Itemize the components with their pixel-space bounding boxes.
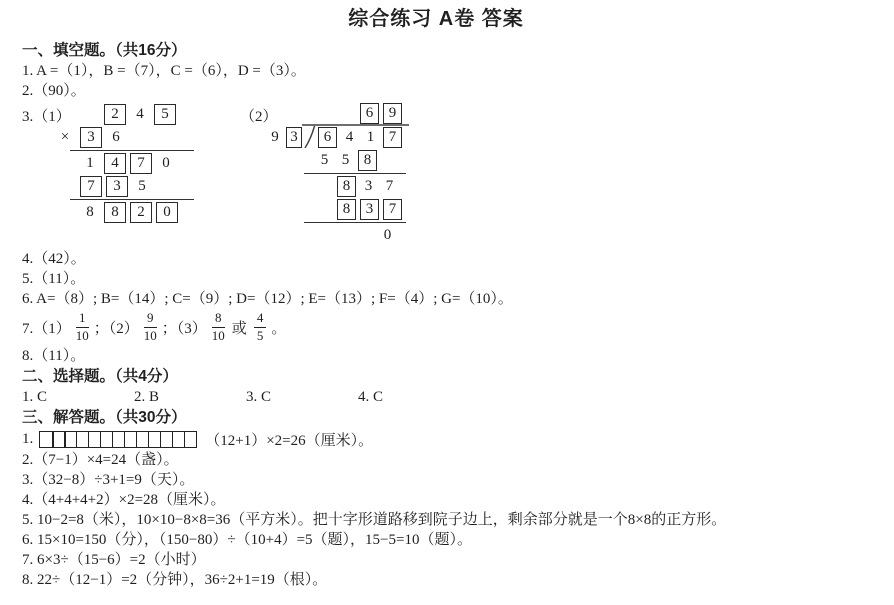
- div-digit: 6: [360, 103, 379, 124]
- s1-q5-answer: 5.（11）。: [22, 269, 880, 289]
- s3-q3-answer: 3.（32−8）÷3+1=9（天）。: [22, 470, 880, 490]
- s1-q7-answer: 7.（1） 110 ；（2） 910 ；（3） 810 或 45 。: [22, 309, 880, 346]
- mult-digit: 4: [130, 105, 150, 124]
- strip-cell: [160, 432, 172, 447]
- div-rule-2: [304, 222, 406, 223]
- paper-strip-diagram: [39, 431, 197, 448]
- long-multiplication-worksheet: 2 4 5 × 3 6 1 4 7 0 7 3 5 8 8 2 0: [52, 104, 194, 225]
- mult-digit: 5: [154, 104, 176, 125]
- div-digit: 8: [358, 150, 377, 171]
- s1-q6-answer: 6. A=（8）; B=（14）; C=（9）; D=（12）; E=（13）;…: [22, 289, 880, 309]
- fraction-denominator: 10: [144, 328, 157, 344]
- division-vinculum: [302, 124, 409, 126]
- mult-digit: 2: [130, 202, 152, 223]
- mult-digit: 5: [132, 177, 152, 196]
- div-digit: 8: [337, 176, 356, 197]
- s1-q2-answer: 2.（90）。: [22, 81, 880, 101]
- div-divisor-digit: 3: [286, 127, 302, 148]
- s3-q1-number: 1.: [22, 431, 33, 448]
- fraction-numerator: 8: [212, 311, 225, 328]
- s3-q7-answer: 7. 6×3÷（15−6）=2（小时）: [22, 550, 880, 570]
- q7-prefix: 7.（1）: [22, 317, 71, 338]
- s2-answer-1: 1. C: [22, 387, 134, 407]
- s2-choice-answers: 1. C 2. B 3. C 4. C: [22, 387, 880, 407]
- answer-sheet-document: { "colors": { "ink": "#1f1f1f", "paper":…: [0, 0, 894, 605]
- div-digit: 7: [383, 199, 402, 220]
- div-subtract-row-2: 8 3 7: [266, 199, 406, 220]
- strip-cell: [100, 432, 112, 447]
- strip-cell: [64, 432, 76, 447]
- mult-digit: 3: [106, 176, 128, 197]
- fraction-1-10: 110: [76, 311, 89, 344]
- page-title: 综合练习 A卷 答案: [22, 6, 850, 32]
- div-divisor-digit: 9: [268, 128, 282, 147]
- mult-digit: 7: [80, 176, 102, 197]
- or-word: 或: [232, 317, 247, 338]
- div-dividend-digit: 6: [318, 127, 337, 148]
- mult-digit: 2: [104, 104, 126, 125]
- strip-cell: [52, 432, 64, 447]
- s3-q1-equation: （12+1）×2=26（厘米）。: [205, 429, 373, 450]
- mult-digit: 8: [104, 202, 126, 223]
- mult-rule-2: [70, 199, 194, 200]
- strip-cell: [76, 432, 88, 447]
- s1-q3-worksheets: 3.（1） 2 4 5 × 3 6 1 4 7 0 7 3 5 8 8 2 0: [22, 103, 880, 249]
- mult-digit: 8: [80, 203, 100, 222]
- mult-partial-product-1-row: 1 4 7 0: [52, 153, 194, 174]
- fraction-denominator: 10: [212, 328, 225, 344]
- multiply-sign: ×: [52, 129, 78, 146]
- s3-q2-answer: 2.（7−1）×4=24（盏）。: [22, 450, 880, 470]
- fraction-8-10: 810: [212, 311, 225, 344]
- fraction-denominator: 10: [76, 328, 89, 344]
- div-digit: 7: [381, 177, 398, 196]
- div-digit: 3: [360, 177, 377, 196]
- mult-digit: 0: [156, 154, 176, 173]
- div-subtract-row-1: 5 5 8: [266, 150, 406, 171]
- div-digit: 8: [337, 199, 356, 220]
- div-dividend-digit: 4: [341, 128, 358, 147]
- mult-multiplicand-row: 2 4 5: [52, 104, 194, 125]
- strip-cell: [40, 432, 52, 447]
- strip-cell: [148, 432, 160, 447]
- div-remainder-row: 0: [266, 225, 406, 246]
- div-digit: 5: [316, 151, 333, 170]
- div-divisor-dividend-row: 9 3 6 4 1 7: [266, 126, 406, 148]
- fraction-numerator: 9: [144, 311, 157, 328]
- mult-digit: 0: [156, 202, 178, 223]
- s3-q1-answer: 1. （12+1）×2=26（厘米）。: [22, 428, 880, 450]
- div-bring-down-row: 8 3 7: [266, 176, 406, 197]
- q7-period: 。: [271, 317, 286, 338]
- strip-cell: [172, 432, 184, 447]
- long-division-worksheet: 6 9 9 3 6 4 1 7 5 5 8 8 3 7 8 3 7: [266, 103, 406, 248]
- section1-heading: 一、填空题。（共16分）: [22, 40, 880, 61]
- div-rule-1: [304, 173, 406, 174]
- section3-heading: 三、解答题。（共30分）: [22, 407, 880, 428]
- fraction-numerator: 1: [76, 311, 89, 328]
- div-quotient-row: 6 9: [266, 103, 406, 124]
- s3-q5-answer: 5. 10−2=8（米），10×10−8×8=36（平方米）。把十字形道路移到院…: [22, 510, 880, 530]
- s1-q8-answer: 8.（11）。: [22, 346, 880, 366]
- s2-answer-2: 2. B: [134, 387, 246, 407]
- s3-q4-answer: 4.（4+4+4+2）×2=28（厘米）。: [22, 490, 880, 510]
- div-remainder-digit: 0: [379, 226, 396, 245]
- fraction-denominator: 5: [254, 328, 267, 344]
- div-digit: 5: [337, 151, 354, 170]
- mult-partial-product-2-row: 7 3 5: [52, 176, 194, 197]
- div-digit: 9: [383, 103, 402, 124]
- strip-cell: [112, 432, 124, 447]
- s2-answer-4: 4. C: [358, 387, 470, 407]
- strip-cell: [88, 432, 100, 447]
- s1-q1-answer: 1. A =（1），B =（7），C =（6），D =（3）。: [22, 61, 880, 81]
- long-division-bracket-icon: [304, 124, 316, 148]
- strip-cell: [136, 432, 148, 447]
- mult-digit: 6: [106, 128, 126, 147]
- s2-answer-3: 3. C: [246, 387, 358, 407]
- s3-q6-answer: 6. 15×10=150（分），（150−80）÷（10+4）=5（题），15−…: [22, 530, 880, 550]
- mult-multiplier-row: × 3 6: [52, 127, 194, 148]
- strip-cell: [124, 432, 136, 447]
- q7-separator: ；（3）: [162, 317, 207, 338]
- mult-product-row: 8 8 2 0: [52, 202, 194, 223]
- div-dividend-digit: 1: [362, 128, 379, 147]
- fraction-4-5: 45: [254, 311, 267, 344]
- section2-heading: 二、选择题。（共4分）: [22, 366, 880, 387]
- fraction-9-10: 910: [144, 311, 157, 344]
- s1-q4-answer: 4.（42）。: [22, 249, 880, 269]
- fraction-numerator: 4: [254, 311, 267, 328]
- div-digit: 3: [360, 199, 379, 220]
- div-dividend-digit: 7: [383, 127, 402, 148]
- mult-digit: 3: [80, 127, 102, 148]
- mult-digit: 1: [80, 154, 100, 173]
- mult-digit: 7: [130, 153, 152, 174]
- q7-separator: ；（2）: [94, 317, 139, 338]
- mult-digit: 4: [104, 153, 126, 174]
- s3-q8-answer: 8. 22÷（12−1）=2（分钟），36÷2+1=19（根）。: [22, 570, 880, 590]
- mult-rule-1: [70, 150, 194, 151]
- strip-cell: [184, 432, 196, 447]
